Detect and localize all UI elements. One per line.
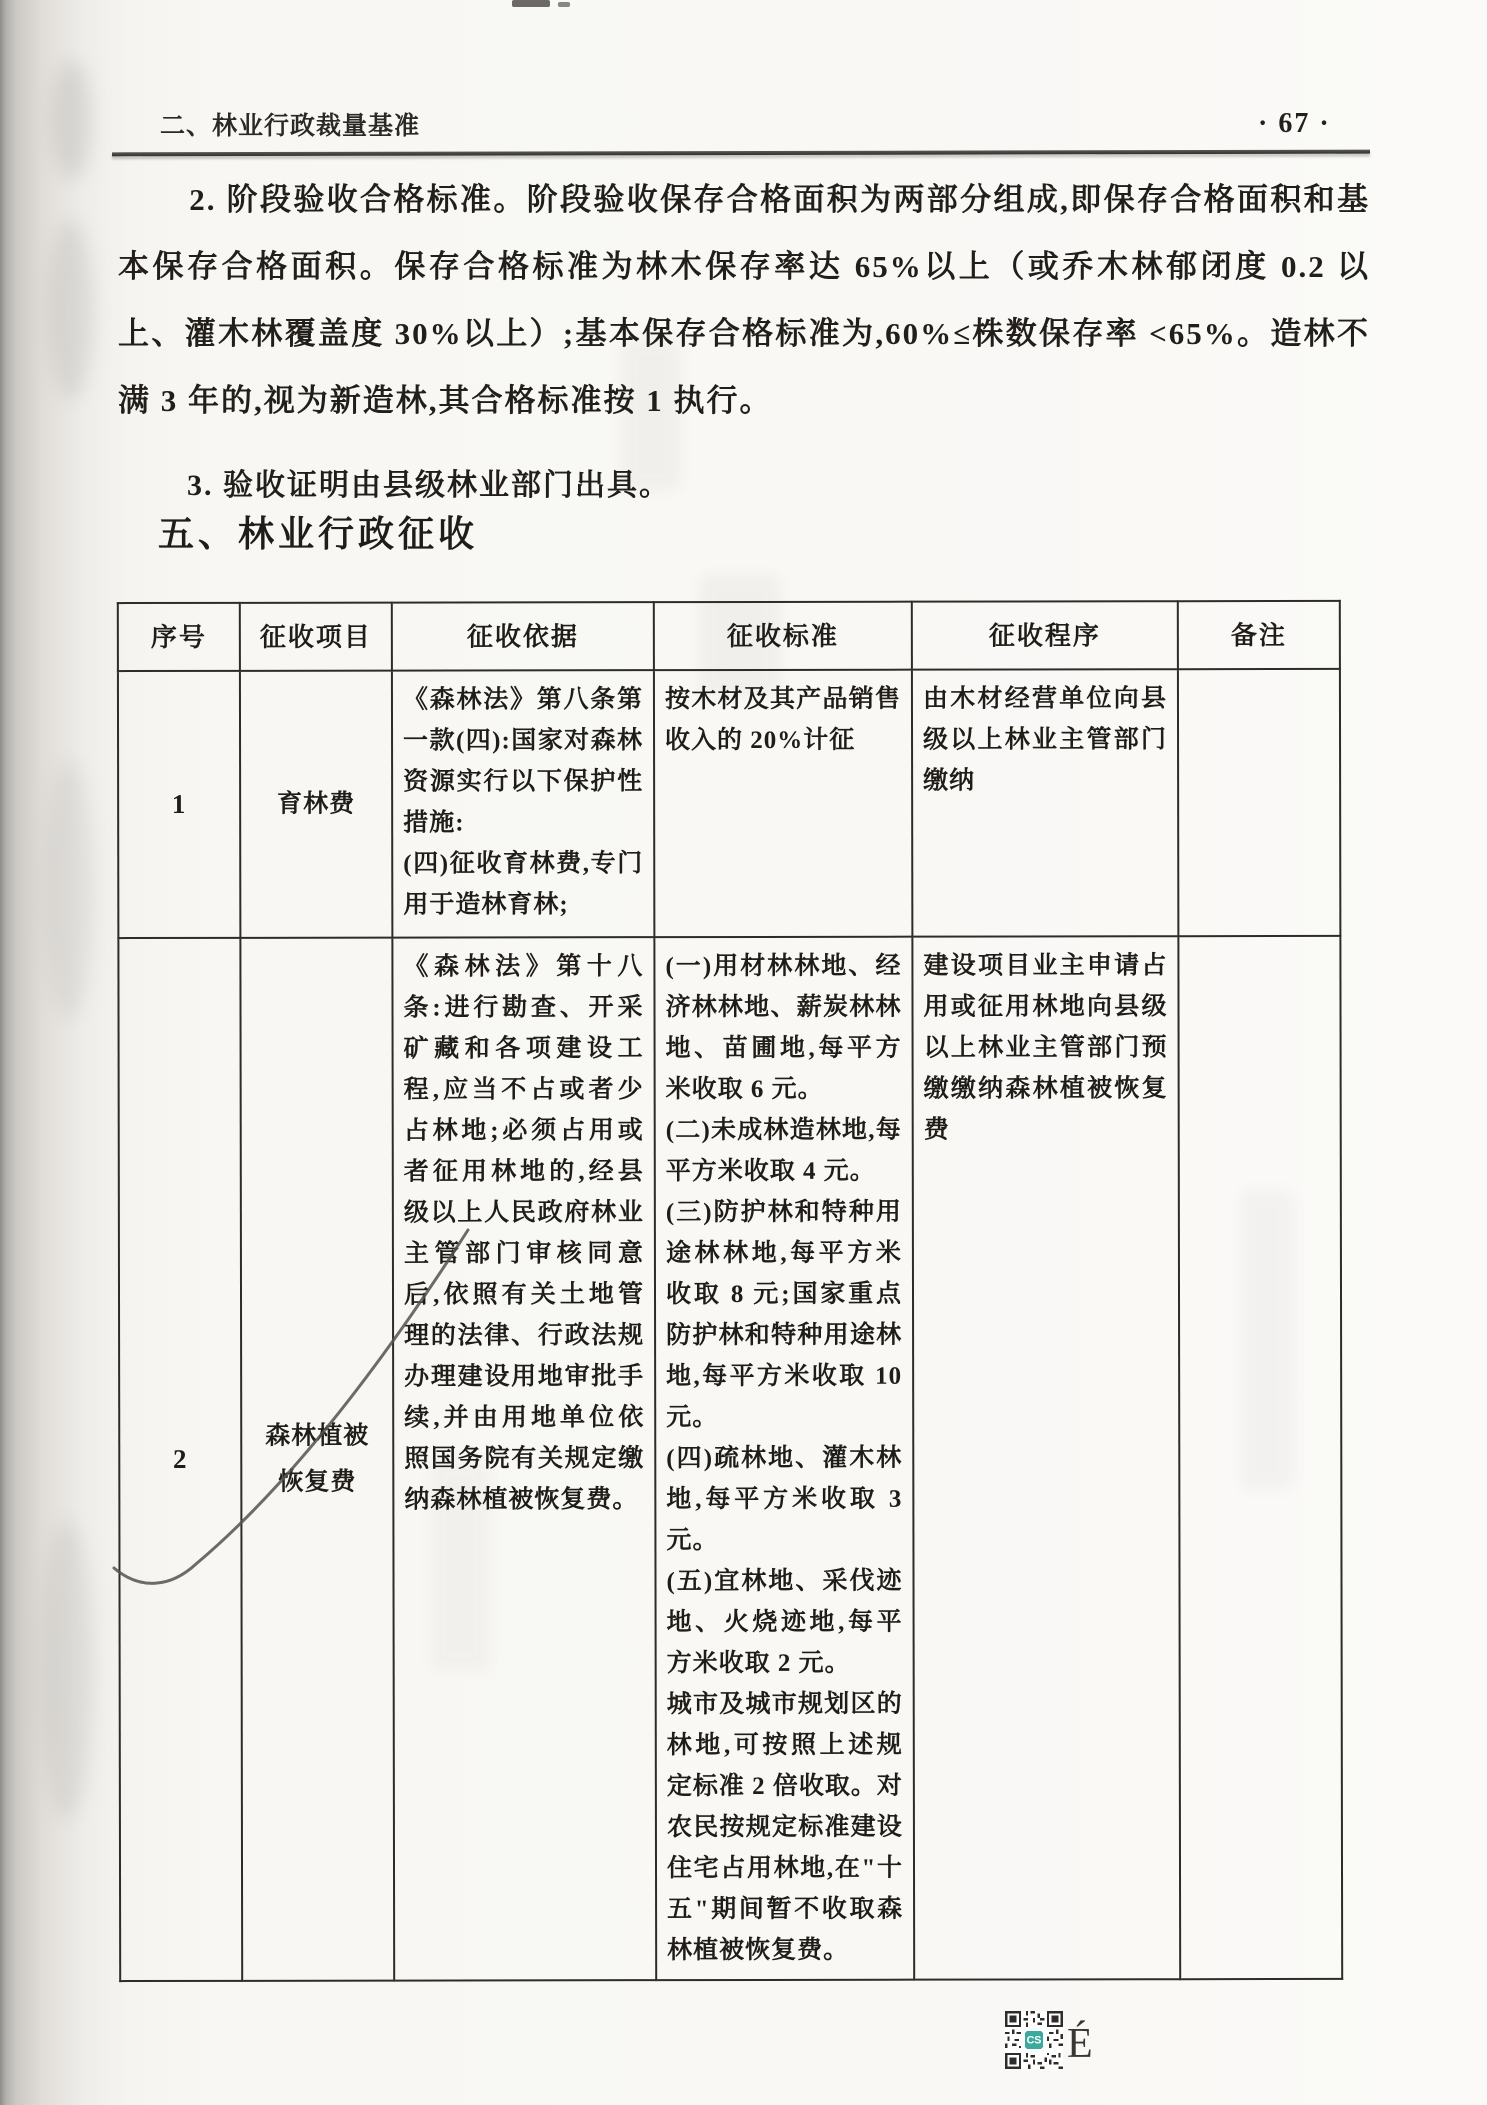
cell-item: 森林植被恢复费 bbox=[240, 938, 394, 1981]
scan-blotch bbox=[40, 1520, 94, 1820]
scan-speck bbox=[558, 2, 570, 7]
scan-blotch bbox=[44, 760, 94, 1020]
col-header-note: 备注 bbox=[1178, 601, 1340, 669]
scan-blotch bbox=[48, 220, 94, 400]
scan-blotch bbox=[52, 60, 92, 180]
cell-basis: 《森林法》第十八条:进行勘查、开采矿藏和各项建设工程,应当不占或者少占林地;必须… bbox=[392, 937, 656, 1980]
cell-serial: 1 bbox=[118, 671, 240, 938]
cell-serial: 2 bbox=[118, 938, 242, 1981]
col-header-basis: 征收依据 bbox=[392, 602, 654, 670]
cell-standard: (一)用材林林地、经济林林地、薪炭林林地、苗圃地,每平方米收取 6 元。 (二)… bbox=[654, 937, 914, 1980]
cell-standard: 按木材及其产品销售收入的 20%计征 bbox=[654, 670, 912, 937]
paragraph-stage-acceptance-standard: 2. 阶段验收合格标准。阶段验收保存合格面积为两部分组成,即保存合格面积和基本保… bbox=[118, 166, 1370, 434]
col-header-procedure: 征收程序 bbox=[912, 601, 1178, 669]
col-header-serial: 序号 bbox=[118, 603, 240, 671]
table-row: 2 森林植被恢复费 《森林法》第十八条:进行勘查、开采矿藏和各项建设工程,应当不… bbox=[118, 936, 1342, 1981]
scan-speck bbox=[512, 0, 550, 7]
cell-note bbox=[1178, 936, 1342, 1979]
scanner-watermark: CS É bbox=[1005, 2010, 1063, 2070]
cell-basis: 《森林法》第八条第一款(四):国家对森林资源实行以下保护性措施: (四)征收育林… bbox=[392, 670, 654, 937]
cell-procedure: 建设项目业主申请占用或征用林地向县级以上林业主管部门预缴缴纳森林植被恢复费 bbox=[912, 936, 1180, 1979]
running-header-title: 二、林业行政裁量基准 bbox=[160, 106, 420, 142]
table-header-row: 序号 征收项目 征收依据 征收标准 征收程序 备注 bbox=[118, 601, 1340, 671]
col-header-standard: 征收标准 bbox=[654, 602, 912, 670]
cell-note bbox=[1178, 669, 1340, 936]
page-number: · 67 · bbox=[1258, 108, 1331, 140]
col-header-item: 征收项目 bbox=[240, 603, 392, 671]
cell-item: 育林费 bbox=[240, 671, 392, 938]
header-rule bbox=[112, 150, 1370, 157]
section-title-forestry-levy: 五、林业行政征收 bbox=[158, 506, 478, 557]
watermark-badge-label: CS bbox=[1027, 2034, 1042, 2046]
qr-code-watermark: CS bbox=[1005, 2010, 1063, 2070]
table-row: 1 育林费 《森林法》第八条第一款(四):国家对森林资源实行以下保护性措施: (… bbox=[118, 669, 1340, 938]
cell-procedure: 由木材经营单位向县级以上林业主管部门缴纳 bbox=[912, 669, 1178, 936]
watermark-glyph: É bbox=[1067, 2020, 1093, 2068]
levy-table: 序号 征收项目 征收依据 征收标准 征收程序 备注 1 育林费 《森林法》第八条… bbox=[117, 600, 1343, 1982]
